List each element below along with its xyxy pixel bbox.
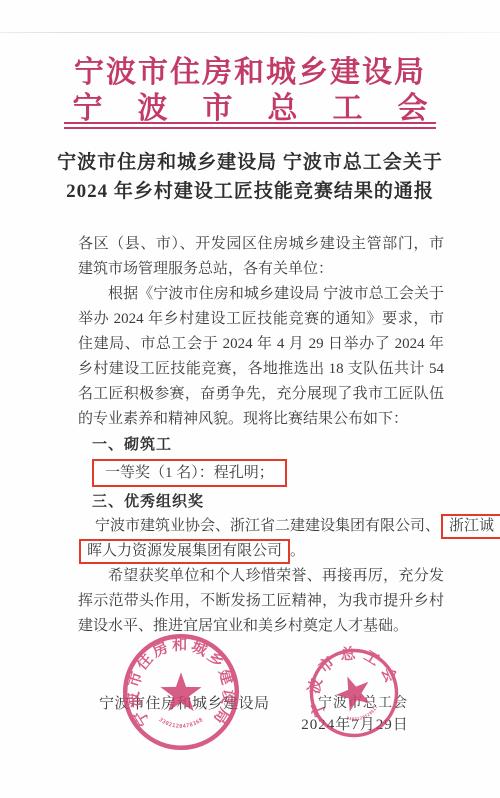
star-icon xyxy=(160,672,201,711)
first-prize-annotation-box: 一等奖（1 名）：程孔明； xyxy=(92,459,287,487)
highlight-box-chenghui-part-2: 晖人力资源发展集团有限公司 xyxy=(79,539,290,564)
svg-text:3302120478368: 3302120478368 xyxy=(157,717,204,730)
scan-edge-line xyxy=(0,32,500,33)
document-title: 宁波市住房和城乡建设局 宁波市总工会关于 2024 年乡村建设工匠技能竞赛结果的… xyxy=(20,148,480,206)
section-heading-masonry: 一、砌筑工 xyxy=(78,432,444,457)
official-seal-trade-union: 宁波市总工会 3303120528617 xyxy=(292,631,417,756)
official-seal-housing-bureau: 宁波市住房和城乡建设局 3302120478368 xyxy=(118,629,244,755)
seal-serial: 3302120478368 xyxy=(157,717,204,730)
star-icon xyxy=(331,670,376,714)
highlight-box-chenghui-part-1: 浙江诚 xyxy=(441,514,500,539)
org-awardees-tail: 。 xyxy=(290,543,305,559)
section-heading-excellent-org: 三、优秀组织奖 xyxy=(78,489,444,514)
letterhead-double-rule xyxy=(64,122,436,129)
org-awardees-line-2: 晖人力资源发展集团有限公司。 xyxy=(78,539,444,564)
document-title-line-1: 宁波市住房和城乡建设局 宁波市总工会关于 xyxy=(20,148,480,177)
document-body: 各区（县、市）、开发园区住房城乡建设主管部门，市建筑市场管理服务总站，各有关单位… xyxy=(78,232,444,639)
letterhead-agency-2: 宁波市总工会 xyxy=(0,83,500,127)
intro-paragraph: 根据《宁波市住房和城乡建设局 宁波市总工会关于举办 2024 年乡村建设工匠技能… xyxy=(78,282,444,432)
document-page: 宁波市住房和城乡建设局 宁波市总工会 宁波市住房和城乡建设局 宁波市总工会关于 … xyxy=(0,0,500,798)
salutation-paragraph: 各区（县、市）、开发园区住房城乡建设主管部门，市建筑市场管理服务总站，各有关单位… xyxy=(78,232,444,282)
first-prize-row: 一等奖（1 名）：程孔明； xyxy=(92,459,444,487)
org-awardees-text: 宁波市建筑业协会、浙江省二建建设集团有限公司、 xyxy=(95,518,440,534)
document-title-line-2: 2024 年乡村建设工匠技能竞赛结果的通报 xyxy=(20,177,480,206)
svg-text:宁波市总工会: 宁波市总工会 xyxy=(292,631,403,721)
org-awardees-line-1: 宁波市建筑业协会、浙江省二建建设集团有限公司、浙江诚 xyxy=(78,514,444,539)
closing-paragraph: 希望获奖单位和个人珍惜荣誉、再接再厉，充分发挥示范带头作用，不断发扬工匠精神，为… xyxy=(78,564,444,639)
seal-ring-text: 宁波市总工会 xyxy=(292,631,403,721)
